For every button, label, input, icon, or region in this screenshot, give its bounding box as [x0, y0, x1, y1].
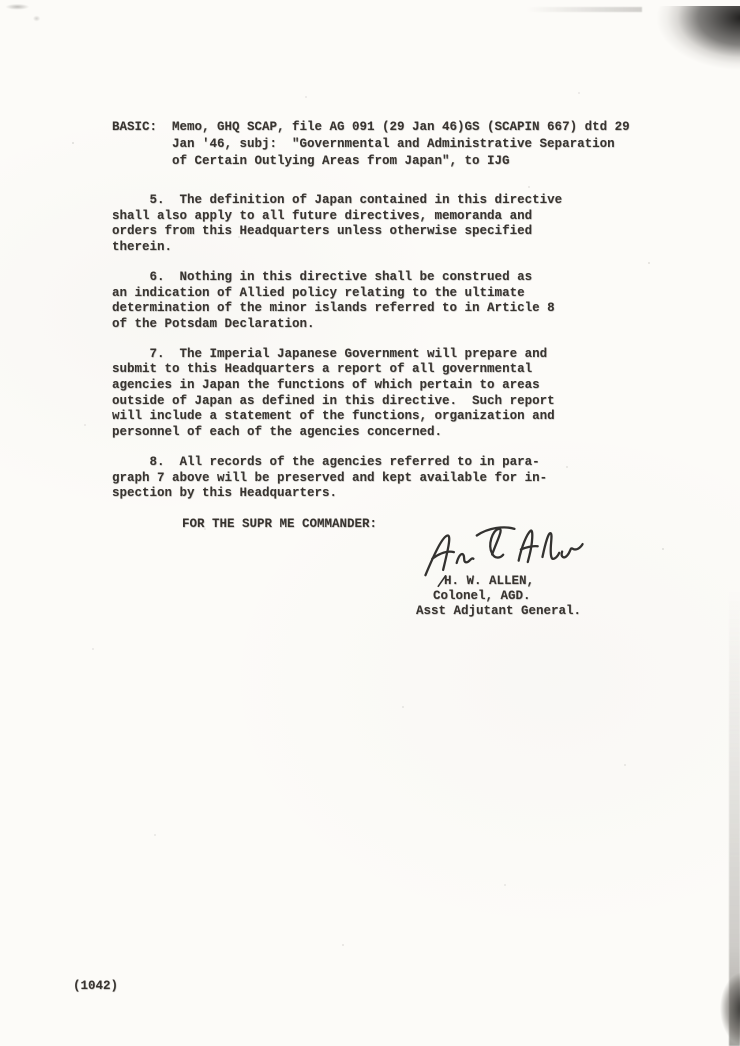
scan-noise-specks [0, 0, 2, 2]
basic-reference-block: BASIC: Memo, GHQ SCAP, file AG 091 (29 J… [112, 119, 712, 170]
scan-smudge-top-left [3, 2, 51, 24]
signer-rank: Colonel, AGD. [433, 589, 531, 605]
scan-smudge-bottom-right [714, 968, 740, 1046]
basic-reference-text: Memo, GHQ SCAP, file AG 091 (29 Jan 46)G… [172, 119, 630, 170]
basic-reference-label: BASIC: [112, 119, 172, 136]
paragraph-5: 5. The definition of Japan contained in … [112, 193, 712, 256]
scanned-memo-page: { "colors": { "ink": "#383430", "paper":… [0, 0, 740, 1046]
paragraph-8: 8. All records of the agencies referred … [112, 455, 712, 502]
signer-title: Asst Adjutant General. [416, 604, 581, 620]
page-number: (1042) [73, 979, 118, 995]
scan-smudge-top-right-corner [615, 6, 740, 91]
memo-body: BASIC: Memo, GHQ SCAP, file AG 091 (29 J… [112, 119, 712, 533]
paragraph-7: 7. The Imperial Japanese Government will… [112, 347, 712, 441]
signer-name: H. W. ALLEN, [444, 574, 534, 590]
paragraph-6: 6. Nothing in this directive shall be co… [112, 270, 712, 333]
